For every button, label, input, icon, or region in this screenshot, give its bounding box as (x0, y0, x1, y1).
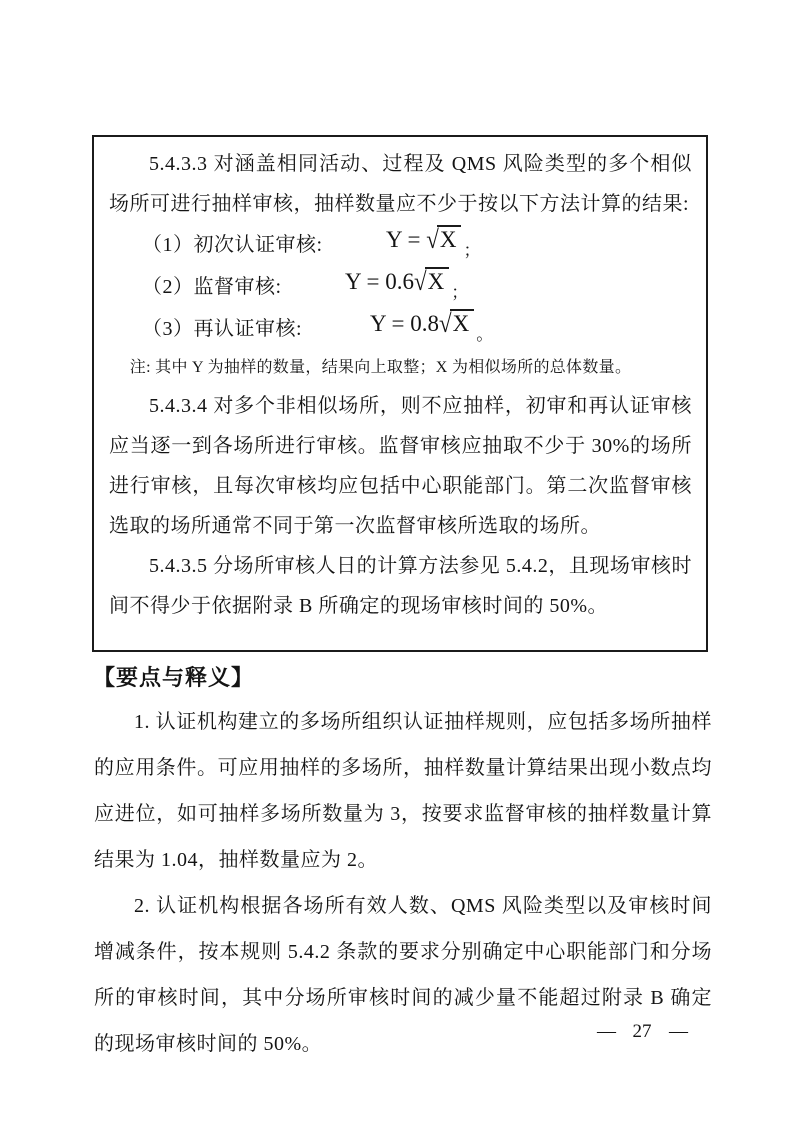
clause-box: 5.4.3.3 对涵盖相同活动、过程及 QMS 风险类型的多个相似场所可进行抽样… (92, 135, 708, 652)
formula-row-initial-audit: （1）初次认证审核: Y = √X； (109, 224, 692, 266)
page-number: 27 (633, 1021, 652, 1043)
formula-label: （3）再认证审核: (109, 308, 302, 350)
formula-lhs: Y = (386, 227, 426, 252)
commentary-section-heading: 【要点与释义】 (93, 661, 254, 692)
formula-row-surveillance-audit: （2）监督审核: Y = 0.6√X； (109, 266, 692, 308)
clause-paragraph-5433: 5.4.3.3 对涵盖相同活动、过程及 QMS 风险类型的多个相似场所可进行抽样… (109, 144, 692, 224)
commentary-paragraph-1: 1. 认证机构建立的多场所组织认证抽样规则，应包括多场所抽样的应用条件。可应用抽… (94, 699, 712, 883)
formula-expression: Y = 0.6√X； (345, 267, 468, 303)
formula-radicand: X (450, 309, 475, 335)
page-footer: — 27 — (597, 1021, 687, 1043)
formula-expression: Y = √X； (386, 225, 480, 261)
formula-punctuation: ； (451, 278, 468, 303)
formula-radicand: X (425, 267, 450, 293)
note-line: 注: 其中 Y 为抽样的数量，结果向上取整；X 为相似场所的总体数量。 (109, 353, 692, 382)
formula-punctuation: ； (463, 236, 480, 261)
formula-radicand: X (437, 225, 462, 251)
formula-coefficient: 0.6 (385, 269, 414, 294)
footer-left-dash: — (597, 1021, 615, 1043)
formula-lhs: Y = (345, 269, 385, 294)
document-page: 5.4.3.3 对涵盖相同活动、过程及 QMS 风险类型的多个相似场所可进行抽样… (0, 0, 800, 1130)
footer-right-dash: — (669, 1021, 687, 1043)
formula-lhs: Y = (370, 311, 410, 336)
clause-paragraph-5434: 5.4.3.4 对多个非相似场所，则不应抽样，初审和再认证审核应当逐一到各场所进… (109, 386, 692, 546)
formula-punctuation: 。 (476, 320, 493, 345)
formula-coefficient: 0.8 (410, 311, 439, 336)
radical-sign-icon: √ (414, 267, 427, 296)
commentary-body: 1. 认证机构建立的多场所组织认证抽样规则，应包括多场所抽样的应用条件。可应用抽… (94, 699, 712, 1067)
formula-label: （2）监督审核: (109, 266, 282, 308)
formula-label: （1）初次认证审核: (109, 224, 323, 266)
clause-paragraph-5435: 5.4.3.5 分场所审核人日的计算方法参见 5.4.2，且现场审核时间不得少于… (109, 546, 692, 626)
formula-row-recertification-audit: （3）再认证审核: Y = 0.8√X。 (109, 308, 692, 350)
formula-expression: Y = 0.8√X。 (370, 309, 493, 345)
radical-sign-icon: √ (426, 225, 439, 254)
radical-sign-icon: √ (439, 309, 452, 338)
